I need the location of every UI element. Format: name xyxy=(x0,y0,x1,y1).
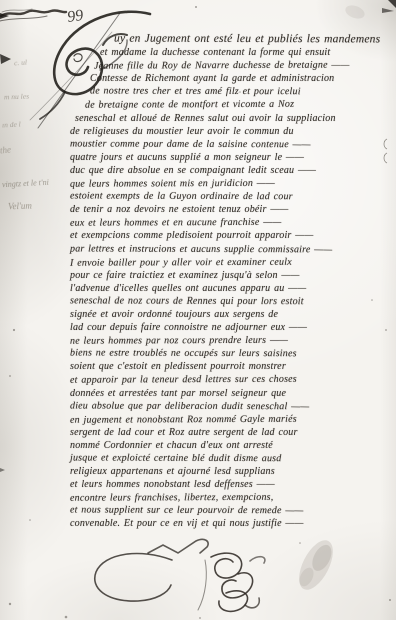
margin-note: the xyxy=(0,145,11,155)
text-line: et exempcions comme pledisoient pourroit… xyxy=(70,229,392,242)
date-fragment: 99 xyxy=(66,7,84,26)
text-line: moustier comme pour dame de la saisine c… xyxy=(70,137,392,151)
text-line: et madame la duchesse contenant la forme… xyxy=(100,46,392,59)
text-line: dieu absolue que par deliberacion dudit … xyxy=(70,399,392,413)
margin-note: c. ul xyxy=(14,58,28,68)
signature-paraphe xyxy=(95,539,265,611)
text-line: et apparoir par la teneur desd lettres s… xyxy=(70,373,392,387)
text-line: religieux appartenans et ajourné lesd su… xyxy=(70,465,392,478)
text-line: Jeanne fille du Roy de Navarre duchesse … xyxy=(94,59,392,73)
text-line: pour ce faire traictiez et examinez jusq… xyxy=(70,269,392,282)
text-line: données et arrestées tant par morsel sei… xyxy=(70,387,392,400)
margin-note: ın de l xyxy=(2,120,21,130)
margin-note: Vel'um xyxy=(8,202,32,212)
top-scribble-flourish: 99 xyxy=(0,7,84,26)
text-line: de tenir a noz devoirs ne estoient tenuz… xyxy=(70,203,392,216)
text-line: nommé Cordonnier et chacun d'eux ont arr… xyxy=(70,439,392,452)
text-line: convenable. Et pour ce en vij et qui nou… xyxy=(70,517,392,530)
text-line: uy en Jugement ont esté leu et publiés l… xyxy=(114,33,392,47)
text-line: et leurs hommes nonobstant lesd deffense… xyxy=(70,478,392,491)
text-line: seneschal de noz cours de Rennes qui pou… xyxy=(70,294,392,308)
text-line: estoient exempts de la Guyon ordinaire d… xyxy=(70,190,392,204)
text-line: jusque et exploicté certaine blé dudit d… xyxy=(70,451,392,465)
text-line: Contesse de Richemont ayant la garde et … xyxy=(90,72,392,85)
text-line: seneschal et alloué de Rennes salut oui … xyxy=(75,112,392,125)
text-line: et nous supplient sur ce leur pourvoir d… xyxy=(70,504,392,518)
text-line: par lettres et instrucions et aucuns sup… xyxy=(70,242,392,256)
manuscript-text-block: uy en Jugement ont esté leu et publiés l… xyxy=(70,33,392,531)
text-line: de bretaigne conte de montfort et vicomt… xyxy=(85,98,392,112)
text-line: eux et leurs hommes et en aucune franchi… xyxy=(70,216,392,230)
text-line: sergent de lad cour et Roz autre sergent… xyxy=(70,426,392,439)
text-line: de religieuses du moustier leur avoir le… xyxy=(70,125,392,138)
margin-note: vingtz et le t'ni xyxy=(2,178,49,189)
text-line: en jugement et nonobstant Roz nommé Gayl… xyxy=(70,412,392,426)
text-line: l'advenue d'icelles quelles ont aucunes … xyxy=(70,282,392,295)
text-line: duc que dire absolue en se compaignant l… xyxy=(70,164,392,177)
margin-note: m nu les xyxy=(4,92,29,102)
text-line: quatre jours et aucuns supplié a mon sei… xyxy=(70,151,392,164)
text-line: lad cour depuis faire connoistre ne adjo… xyxy=(70,321,392,334)
text-line: soient que c'estoit en pledissent pourro… xyxy=(70,360,392,373)
text-line: biens ne estre troublés ne occupés sur l… xyxy=(70,347,392,361)
manuscript-page: uy en Jugement ont esté leu et publiés l… xyxy=(0,0,396,620)
text-line: signée et avoir ordonné toujours aux ser… xyxy=(70,308,392,321)
text-line: I envoie bailler pour y aller voir et ex… xyxy=(70,255,392,269)
